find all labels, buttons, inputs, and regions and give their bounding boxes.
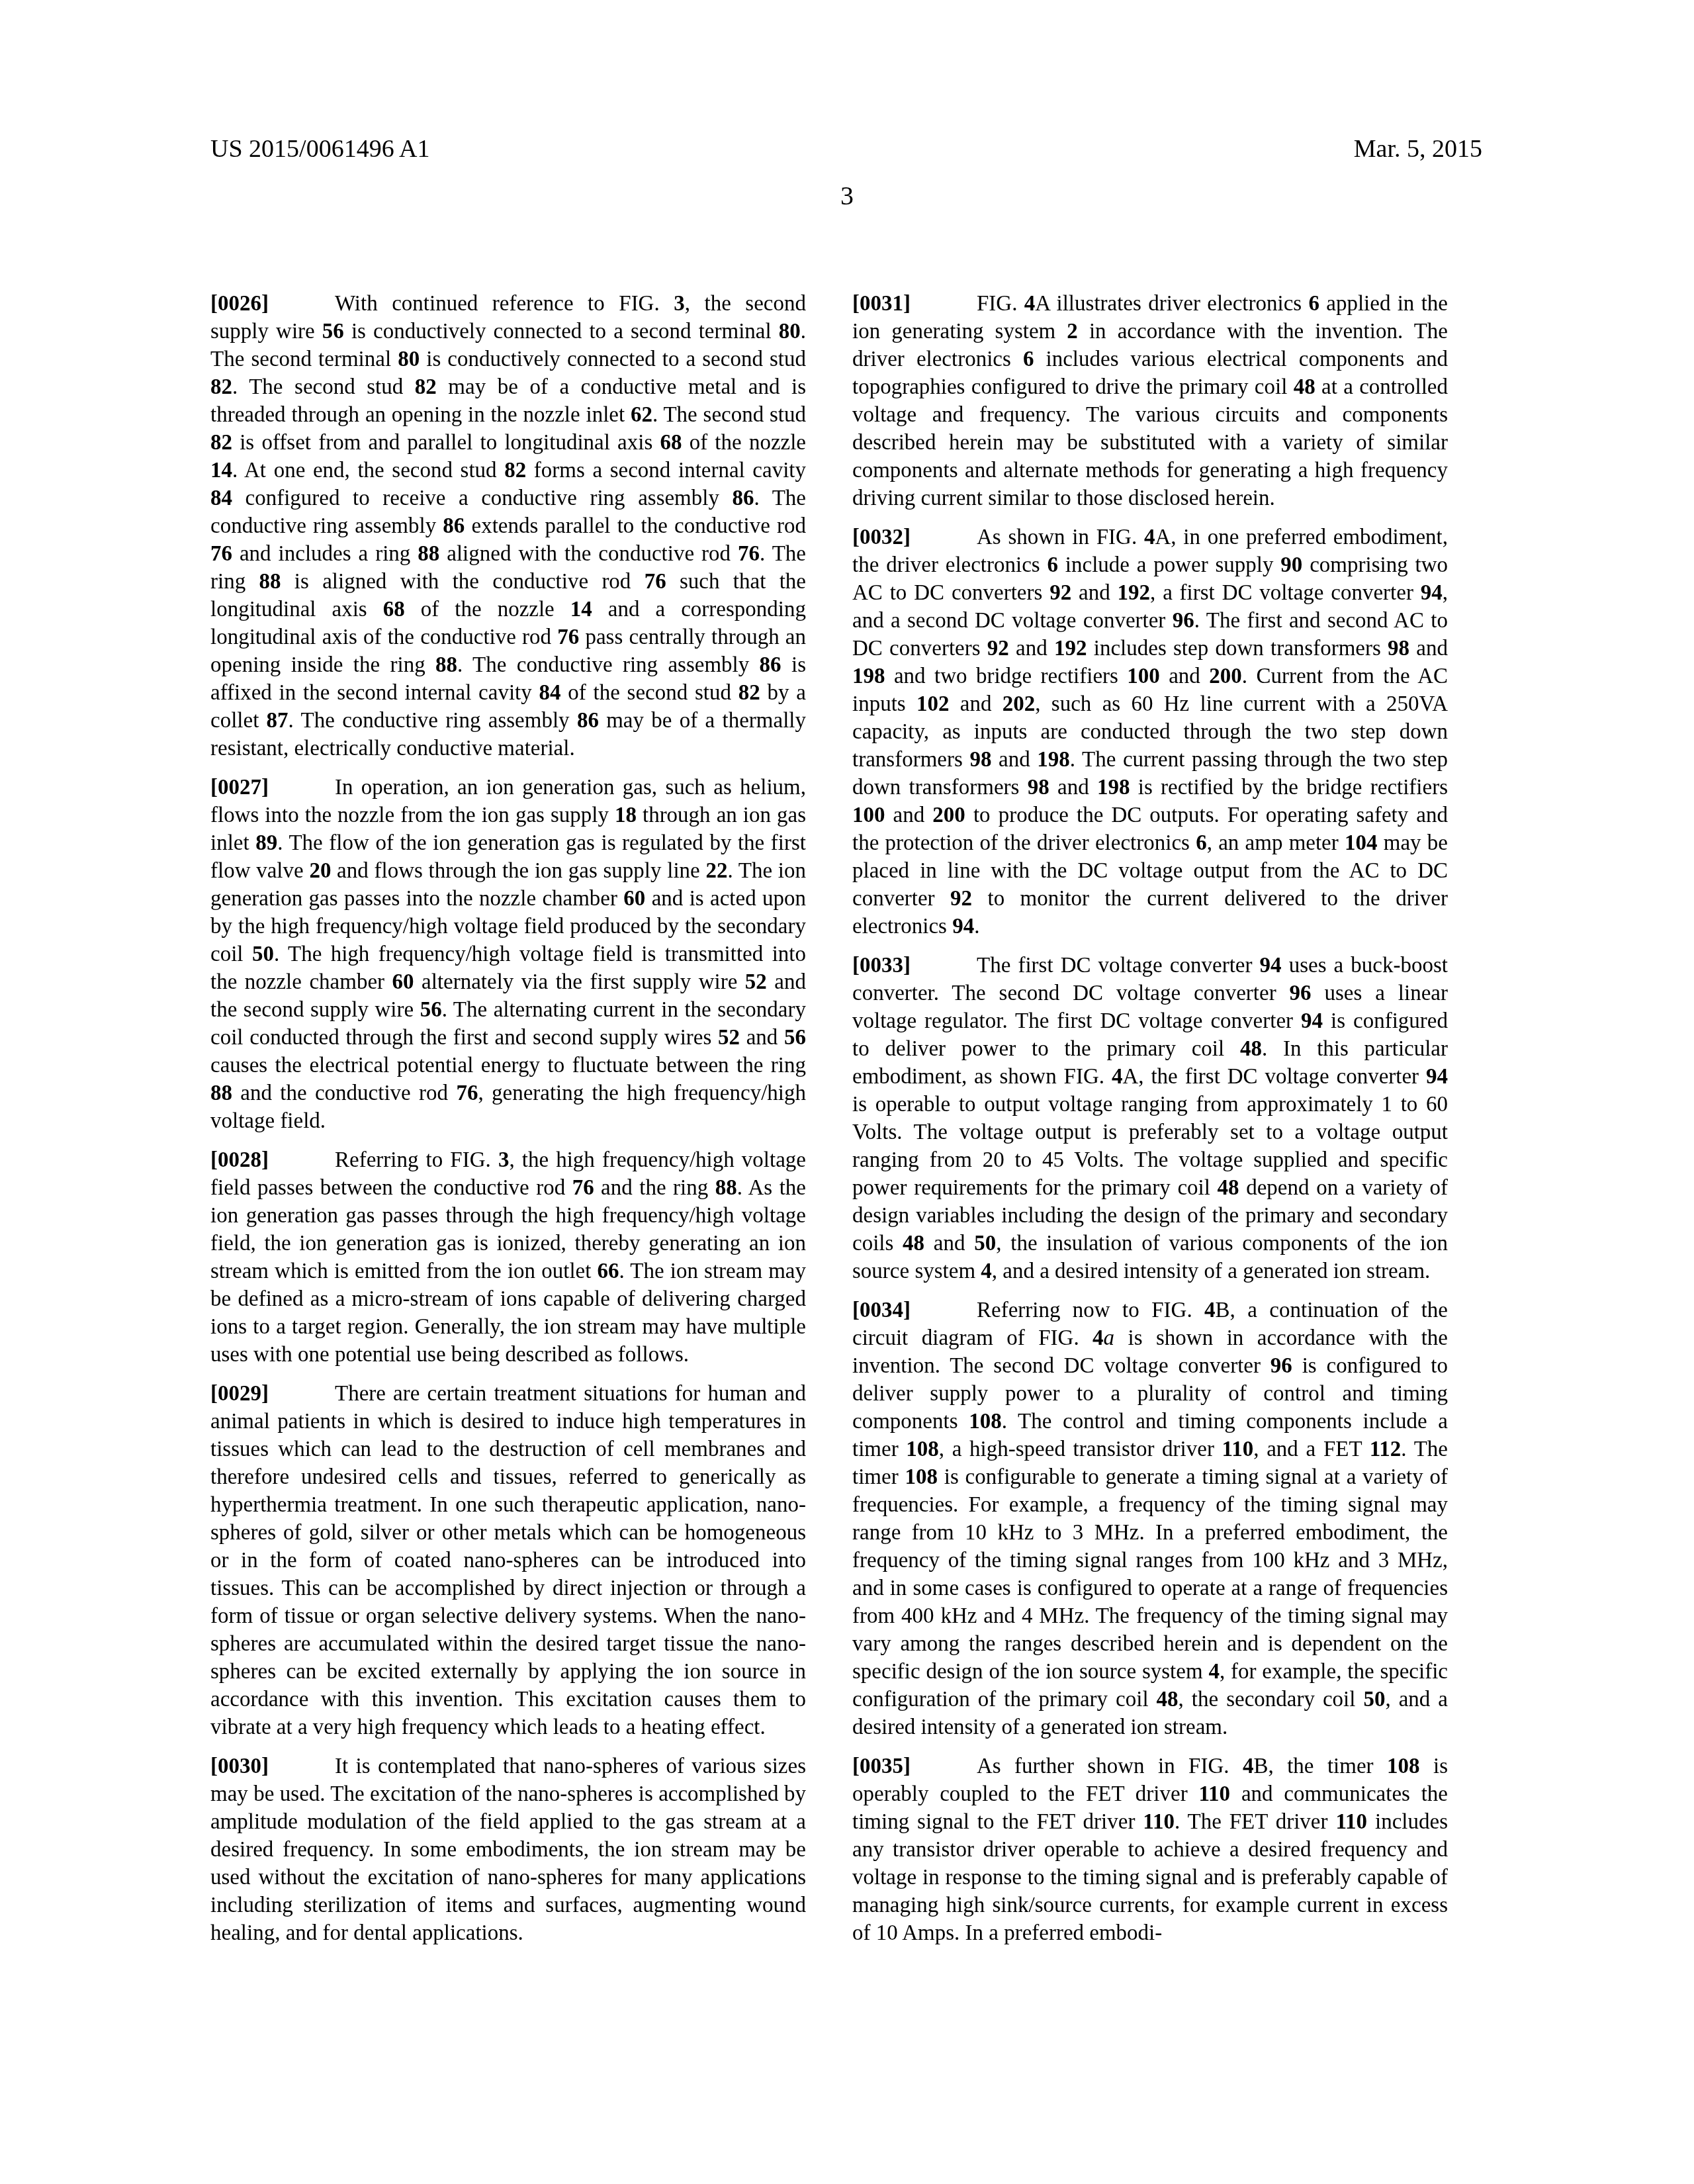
- paragraph-0033: [0033]The first DC voltage converter 94 …: [852, 952, 1448, 1285]
- paragraph-0029: [0029]There are certain treatment situat…: [210, 1380, 806, 1741]
- publication-date: Mar. 5, 2015: [1354, 134, 1482, 164]
- paragraph-tag: [0028]: [210, 1148, 269, 1172]
- paragraph-0028: [0028]Referring to FIG. 3, the high freq…: [210, 1146, 806, 1369]
- paragraph-tag: [0031]: [852, 292, 911, 316]
- paragraph-tag: [0035]: [852, 1754, 911, 1778]
- paragraph-tag: [0027]: [210, 776, 269, 799]
- paragraph-tag: [0029]: [210, 1382, 269, 1406]
- paragraph-tag: [0033]: [852, 954, 911, 978]
- paragraph-0027: [0027]In operation, an ion generation ga…: [210, 774, 806, 1135]
- paragraph-0035: [0035]As further shown in FIG. 4B, the t…: [852, 1752, 1448, 1947]
- patent-number: US 2015/0061496 A1: [210, 134, 429, 164]
- paragraph-tag: [0030]: [210, 1754, 269, 1778]
- document-body: [0026]With continued reference to FIG. 3…: [210, 290, 1448, 1958]
- paragraph-0032: [0032]As shown in FIG. 4A, in one prefer…: [852, 523, 1448, 940]
- patent-page: US 2015/0061496 A1 Mar. 5, 2015 3 [0026]…: [0, 0, 1694, 2184]
- paragraph-0034: [0034]Referring now to FIG. 4B, a contin…: [852, 1297, 1448, 1741]
- page-header: US 2015/0061496 A1 Mar. 5, 2015: [210, 134, 1482, 164]
- paragraph-tag: [0034]: [852, 1298, 911, 1322]
- paragraph-0030: [0030]It is contemplated that nano-spher…: [210, 1752, 806, 1947]
- page-number: 3: [0, 180, 1694, 212]
- paragraph-0026: [0026]With continued reference to FIG. 3…: [210, 290, 806, 762]
- column-left: [0026]With continued reference to FIG. 3…: [210, 290, 806, 1958]
- paragraph-tag: [0026]: [210, 292, 269, 316]
- column-right: [0031]FIG. 4A illustrates driver electro…: [852, 290, 1448, 1958]
- paragraph-tag: [0032]: [852, 525, 911, 549]
- paragraph-0031: [0031]FIG. 4A illustrates driver electro…: [852, 290, 1448, 512]
